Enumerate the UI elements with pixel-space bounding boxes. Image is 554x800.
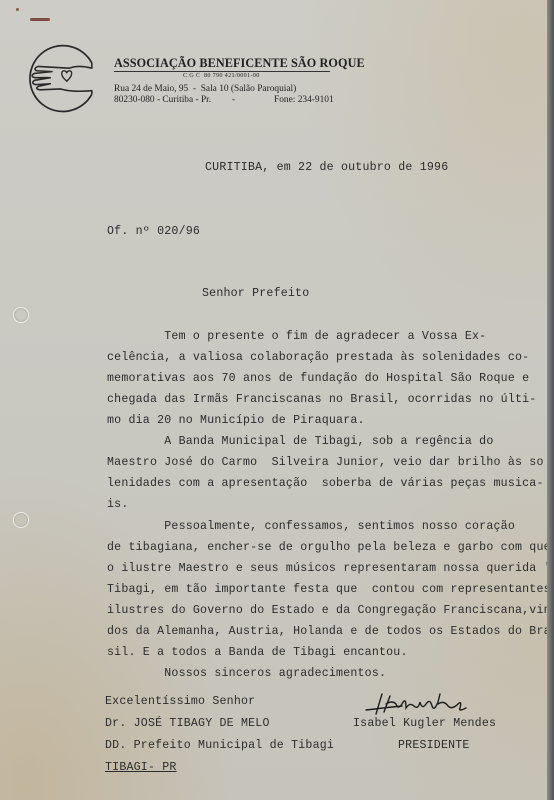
recipient-location: TIBAGI- PR <box>105 761 177 774</box>
body-line: ilustres do Governo do Estado e da Congr… <box>107 604 551 617</box>
cgc-number: C G C 80 790 421/0001-00 <box>183 72 260 79</box>
punch-hole <box>13 512 29 528</box>
body-line: celência, a valiosa colaboração prestada… <box>107 351 529 364</box>
body-line: Pessoalmente, confessamos, sentimos noss… <box>107 520 515 533</box>
background-edge <box>547 0 554 800</box>
address-line-1: Rua 24 de Maio, 95 - Sala 10 (Salão Paro… <box>114 84 296 94</box>
salutation: Senhor Prefeito <box>202 287 309 300</box>
body-line: is. <box>107 498 128 511</box>
body-line: lenidades com a apresentação soberba de … <box>107 477 544 490</box>
letter-page: ASSOCIAÇÃO BENEFICENTE SÃO ROQUE C G C 8… <box>0 0 547 800</box>
address-separator: - <box>232 95 235 105</box>
ink-stain <box>30 18 50 21</box>
signatory-title: PRESIDENTE <box>398 739 470 752</box>
body-line: Tibagi, em tão importante festa que cont… <box>107 583 551 596</box>
ink-stain <box>16 8 19 11</box>
place-date: CURITIBA, em 22 de outubro de 1996 <box>205 161 448 174</box>
body-line: Tem o presente o fim de agradecer a Voss… <box>107 330 486 343</box>
handwritten-signature-icon <box>362 690 472 720</box>
body-line: de tibagiana, encher-se de orgulho pela … <box>107 541 551 554</box>
body-line: chegada das Irmãs Franciscanas no Brasil… <box>107 393 536 406</box>
reference-number: Of. nº 020/96 <box>107 225 200 238</box>
recipient-honorific: Excelentíssimo Senhor <box>105 695 255 708</box>
signatory-name: Isabel Kugler Mendes <box>353 717 496 730</box>
punch-hole <box>13 307 29 323</box>
body-line: dos da Alemanha, Austria, Holanda e de t… <box>107 625 554 638</box>
recipient-title: DD. Prefeito Municipal de Tibagi <box>105 739 334 752</box>
body-line: o ilustre Maestro e seus músicos represe… <box>107 562 551 575</box>
hand-heart-logo-icon <box>26 40 104 118</box>
phone-number: Fone: 234-9101 <box>274 95 334 105</box>
body-line: Maestro José do Carmo Silveira Junior, v… <box>107 456 544 469</box>
recipient-name: Dr. JOSÉ TIBAGY DE MELO <box>105 717 270 730</box>
organization-name: ASSOCIAÇÃO BENEFICENTE SÃO ROQUE <box>114 56 365 71</box>
body-line: mo dia 20 no Município de Piraquara. <box>107 414 365 427</box>
body-line: Nossos sinceros agradecimentos. <box>107 667 386 680</box>
body-line: memorativas aos 70 anos de fundação do H… <box>107 372 529 385</box>
body-line: sil. E a todos a Banda de Tibagi encanto… <box>107 646 408 659</box>
address-line-2: 80230-080 - Curitiba - Pr. <box>114 95 211 105</box>
body-line: A Banda Municipal de Tibagi, sob a regên… <box>107 435 494 448</box>
